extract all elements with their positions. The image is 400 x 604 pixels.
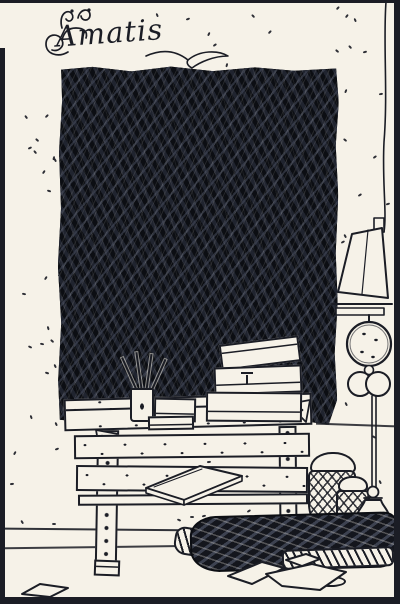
- wallpaper-dot: [336, 5, 340, 10]
- wallpaper-dot: [353, 18, 357, 23]
- floor-cloths: [222, 550, 358, 600]
- wallpaper-dot: [267, 30, 271, 35]
- wallpaper-dot: [342, 138, 347, 142]
- wallpaper-dot: [44, 276, 48, 281]
- wallpaper-dot: [344, 14, 348, 19]
- wallpaper-dot: [10, 483, 14, 486]
- wallpaper-dot: [42, 169, 46, 174]
- wallpaper-dot: [251, 14, 255, 19]
- wallpaper-dot: [247, 509, 252, 513]
- wallpaper-dot: [29, 415, 33, 420]
- wallpaper-dot: [20, 520, 24, 525]
- wallpaper-dot: [28, 345, 33, 349]
- wallpaper-dot: [52, 523, 56, 526]
- frame-border-left: [0, 48, 5, 604]
- shelf-book: [136, 458, 252, 508]
- wallpaper-dot: [22, 292, 26, 295]
- wallpaper-dot: [358, 193, 363, 197]
- lamp-cord: [378, 2, 392, 234]
- frame-border-top: [0, 0, 400, 3]
- wallpaper-dot: [50, 339, 55, 343]
- brush: [135, 352, 143, 390]
- sketch-canvas: Amatis: [0, 0, 400, 604]
- wallpaper-dot: [55, 448, 60, 452]
- wallpaper-dot: [35, 138, 40, 142]
- wallpaper-dot: [32, 150, 36, 155]
- brush: [152, 359, 167, 389]
- handle-stem: [246, 375, 248, 384]
- wallpaper-dot: [27, 146, 32, 150]
- table-plank-1: [74, 433, 310, 459]
- wallpaper-dot: [348, 45, 352, 50]
- wallpaper-dot: [44, 114, 49, 119]
- wallpaper-dot: [13, 451, 17, 456]
- wallpaper-dot: [373, 155, 378, 159]
- stacked-box-bottom: [206, 392, 302, 423]
- wallpaper-dot: [46, 190, 51, 193]
- table-foot: [94, 560, 121, 577]
- wallpaper-dot: [54, 422, 58, 427]
- title-swash-leaf: [144, 44, 232, 80]
- wallpaper-dot: [45, 371, 50, 375]
- frame-border-right: [394, 0, 400, 604]
- wallpaper-dot: [363, 51, 368, 54]
- wallpaper-dot: [176, 518, 181, 522]
- frame-border-bottom: [0, 597, 400, 604]
- wallpaper-dot: [24, 115, 28, 120]
- wallpaper-dot: [40, 342, 44, 345]
- wallpaper-dot: [190, 516, 194, 518]
- wallpaper-dot: [46, 326, 49, 331]
- wallpaper-dot: [345, 89, 349, 94]
- small-box-2: [148, 416, 194, 431]
- wallpaper-dot: [334, 49, 339, 53]
- case-handle: [240, 372, 254, 384]
- brush: [121, 357, 137, 389]
- wallpaper-dot: [53, 364, 57, 369]
